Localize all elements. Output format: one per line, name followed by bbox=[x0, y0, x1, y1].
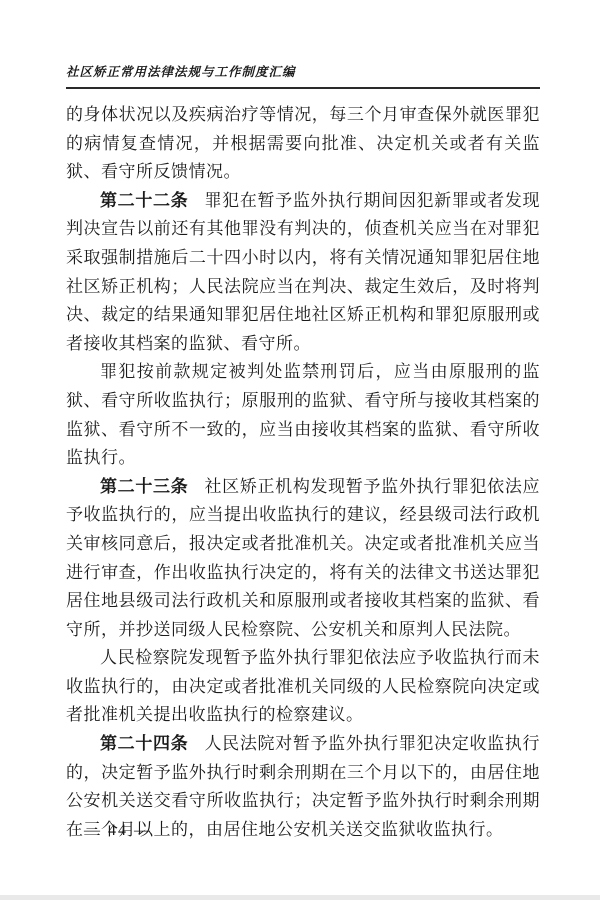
page-body: 的身体状况以及疾病治疗等情况，每三个月审查保外就医罪犯的病情复查情况，并根据需要… bbox=[66, 101, 540, 844]
paragraph-text: 人民检察院发现暂予监外执行罪犯依法应予收监执行而未收监执行的，由决定或者批准机关… bbox=[66, 648, 540, 724]
article-number: 第二十四条 bbox=[100, 734, 188, 753]
document-page: 社区矫正常用法律法规与工作制度汇编 的身体状况以及疾病治疗等情况，每三个月审查保… bbox=[0, 0, 600, 900]
paragraph-text: 社区矫正机构发现暂予监外执行罪犯依法应予收监执行的，应当提出收监执行的建议，经县… bbox=[66, 477, 540, 639]
paragraph-article-23: 第二十三条社区矫正机构发现暂予监外执行罪犯依法应予收监执行的，应当提出收监执行的… bbox=[66, 473, 540, 645]
paragraph-continuation: 的身体状况以及疾病治疗等情况，每三个月审查保外就医罪犯的病情复查情况，并根据需要… bbox=[66, 101, 540, 187]
running-header-title: 社区矫正常用法律法规与工作制度汇编 bbox=[66, 62, 540, 80]
page-number: — 44 — bbox=[84, 822, 152, 840]
paragraph-article-22: 第二十二条罪犯在暂予监外执行期间因犯新罪或者发现判决宣告以前还有其他罪没有判决的… bbox=[66, 187, 540, 359]
article-number: 第二十三条 bbox=[100, 477, 188, 496]
paragraph-article-23-clause-2: 人民检察院发现暂予监外执行罪犯依法应予收监执行而未收监执行的，由决定或者批准机关… bbox=[66, 644, 540, 730]
paragraph-article-22-clause-2: 罪犯按前款规定被判处监禁刑罚后，应当由原服刑的监狱、看守所收监执行；原服刑的监狱… bbox=[66, 358, 540, 472]
article-number: 第二十二条 bbox=[100, 191, 188, 210]
paragraph-text: 的身体状况以及疾病治疗等情况，每三个月审查保外就医罪犯的病情复查情况，并根据需要… bbox=[66, 105, 540, 181]
scan-bottom-edge bbox=[0, 895, 600, 900]
header-rule bbox=[66, 87, 540, 89]
paragraph-text: 罪犯按前款规定被判处监禁刑罚后，应当由原服刑的监狱、看守所收监执行；原服刑的监狱… bbox=[66, 362, 540, 467]
paragraph-text: 罪犯在暂予监外执行期间因犯新罪或者发现判决宣告以前还有其他罪没有判决的，侦查机关… bbox=[66, 191, 540, 353]
